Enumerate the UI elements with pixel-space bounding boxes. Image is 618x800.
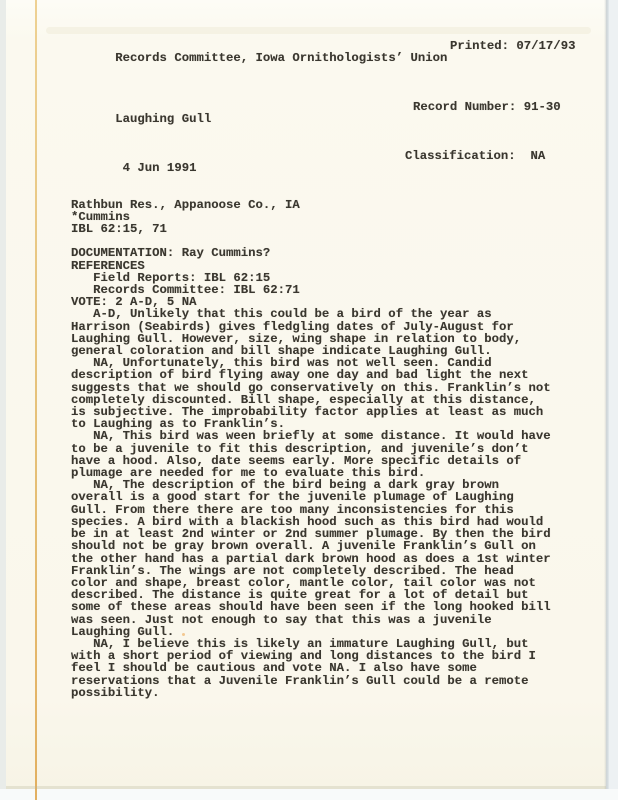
classification: Classification: NA	[405, 150, 545, 162]
document-text-line: reservations that a Juvenile Franklin’s …	[71, 675, 551, 687]
document-text-line: description of bird flying away one day …	[71, 369, 551, 381]
scan-smudge	[46, 27, 591, 34]
typewritten-text: Records Committee, Iowa Ornithologists’ …	[71, 40, 551, 699]
ibl-reference: IBL 62:15, 71	[71, 223, 551, 235]
document-text-line: the other hand has a partial dark brown …	[71, 553, 551, 565]
date-line: 4 Jun 1991 Classification: NA	[71, 150, 551, 199]
species-name: Laughing Gull	[115, 112, 211, 126]
paper-fold-line	[35, 0, 37, 800]
scanned-document-page: Records Committee, Iowa Ornithologists’ …	[6, 0, 606, 789]
printed-date: Printed: 07/17/93	[450, 40, 575, 52]
document-text-line: A-D, Unlikely that this could be a bird …	[71, 308, 551, 320]
scan-background-right	[609, 0, 618, 789]
org-title: Records Committee, Iowa Ornithologists’ …	[115, 51, 447, 65]
scan-background-bottom	[0, 789, 618, 800]
document-text-line: feel I should be cautious and vote NA. I…	[71, 662, 551, 674]
document-text-line: REFERENCES	[71, 260, 551, 272]
species-line: Laughing Gull Record Number: 91-30	[71, 101, 551, 150]
paper-edge-shadow	[604, 0, 609, 789]
document-text-line: possibility.	[71, 687, 551, 699]
paper-bottom-edge	[6, 786, 606, 789]
observation-date: 4 Jun 1991	[115, 161, 196, 175]
document-text-line: Harrison (Seabirds) gives fledgling date…	[71, 321, 551, 333]
scan-speck	[182, 633, 185, 636]
document-text-line: should not be gray brown overall. A juve…	[71, 540, 551, 552]
location: Rathbun Res., Appanoose Co., IA	[71, 199, 551, 211]
record-number: Record Number: 91-30	[413, 101, 561, 113]
document-text-line: overall is a good start for the juvenile…	[71, 491, 551, 503]
document-body: DOCUMENTATION: Ray Cummins?REFERENCES Fi…	[71, 247, 551, 699]
document-text-line: DOCUMENTATION: Ray Cummins?	[71, 247, 551, 259]
header-line: Records Committee, Iowa Ornithologists’ …	[71, 40, 551, 89]
document-text-line: some of these areas should have been see…	[71, 601, 551, 613]
document-text-line: NA, This bird was ween briefly at some d…	[71, 430, 551, 442]
document-text-line: was seen. Just not enough to say that th…	[71, 614, 551, 626]
